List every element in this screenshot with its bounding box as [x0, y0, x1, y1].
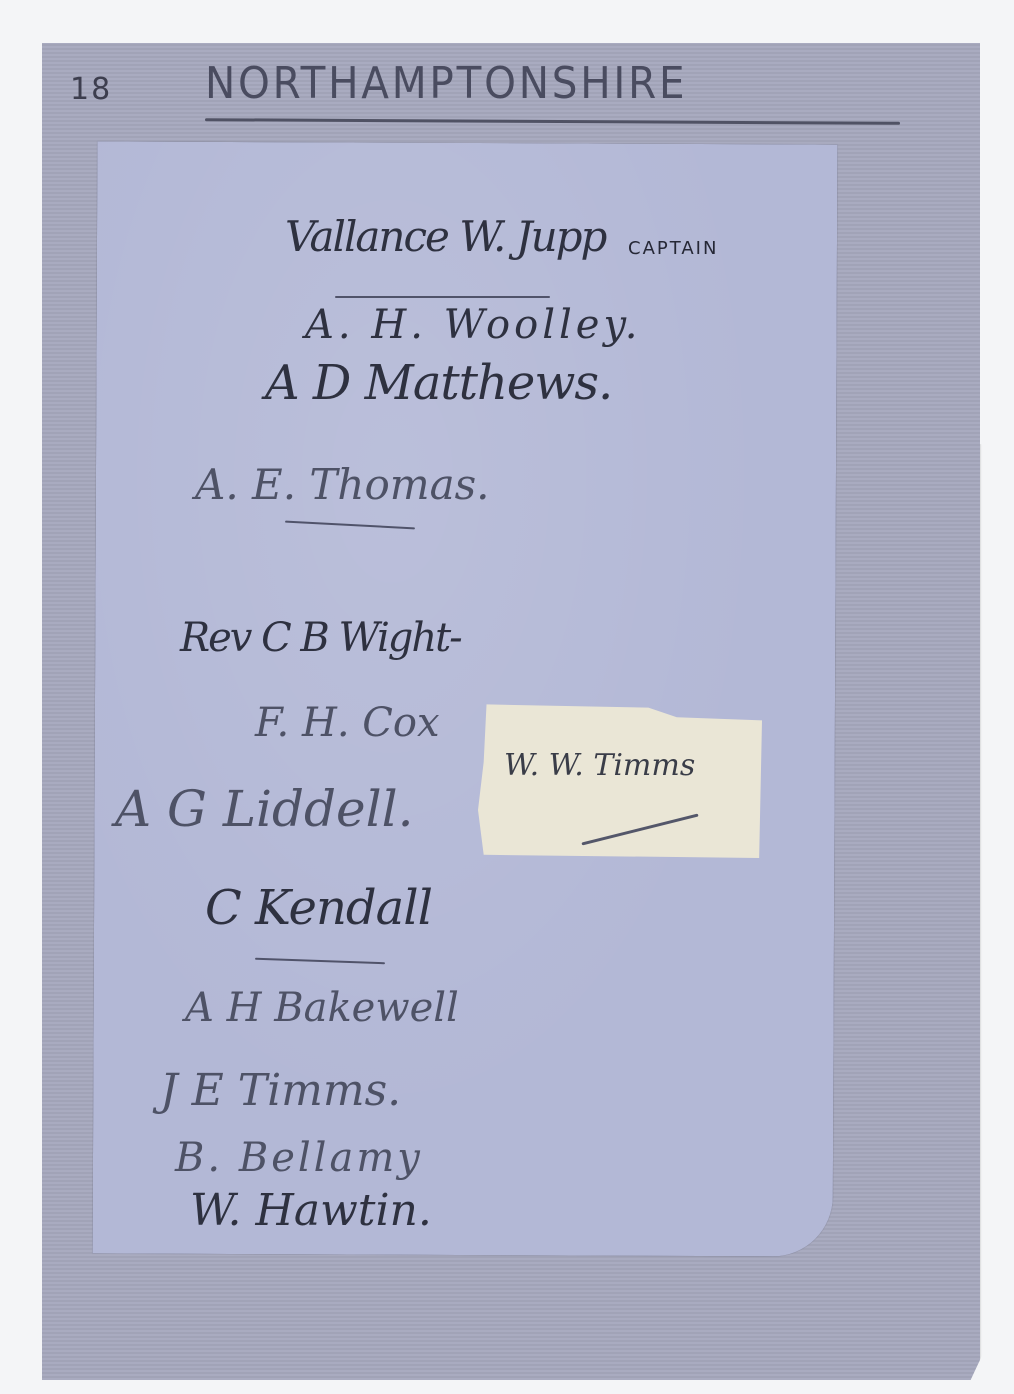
signature-wright: Rev C B Wight-	[180, 615, 461, 661]
page-number: 18	[70, 72, 112, 107]
signature-liddell: A G Liddell.	[115, 780, 414, 838]
signature-matthews: A D Matthews.	[265, 355, 612, 411]
signature-bellamy: B. Bellamy	[175, 1135, 423, 1181]
signature-hawtin: W. Hawtin.	[190, 1185, 432, 1236]
captain-underline	[335, 296, 550, 298]
captain-label: CAPTAIN	[628, 238, 718, 259]
signature-bakewell: A H Bakewell	[185, 985, 459, 1031]
page-title: NORTHAMPTONSHIRE	[205, 58, 687, 109]
signature-cox: F. H. Cox	[255, 700, 440, 746]
signature-clipping: W. W. Timms	[504, 748, 695, 783]
signature-timms: J E Timms.	[160, 1065, 401, 1116]
signature-captain: Vallance W. Jupp	[285, 212, 605, 261]
signature-woolley: A. H. Woolley.	[305, 302, 641, 348]
signature-kendall: C Kendall	[205, 880, 432, 936]
signature-thomas: A. E. Thomas.	[195, 460, 490, 509]
